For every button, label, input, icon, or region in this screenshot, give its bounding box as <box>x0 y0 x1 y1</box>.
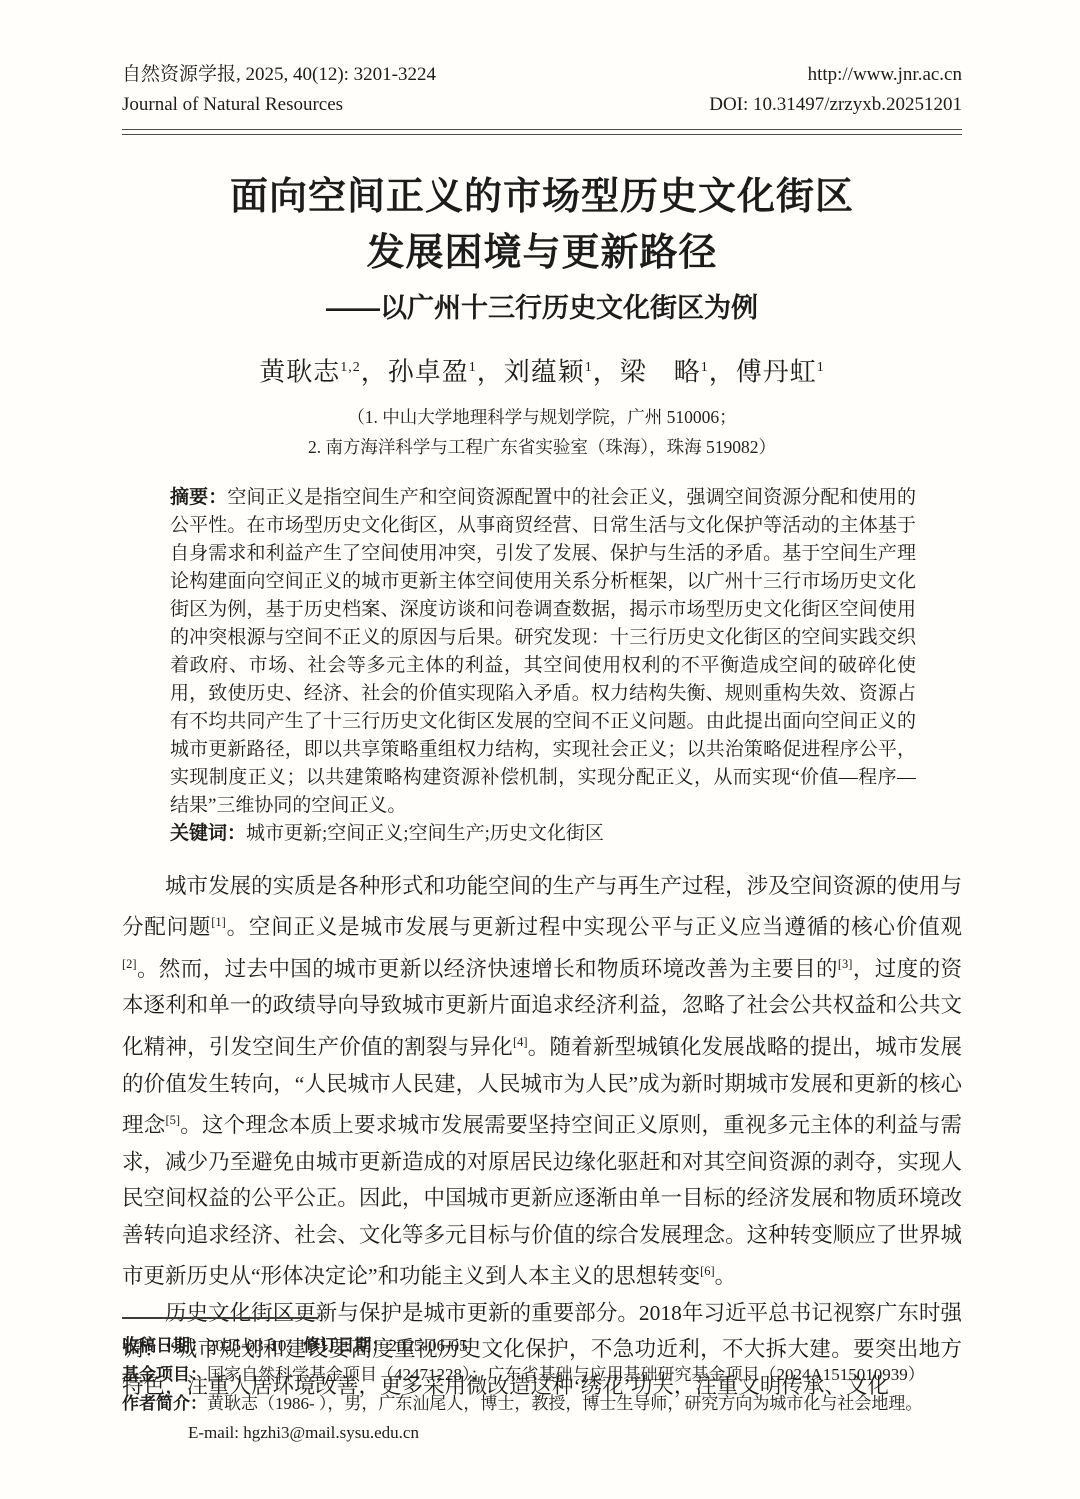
author-email: E-mail: hgzhi3@mail.sysu.edu.cn <box>188 1418 966 1447</box>
article-title-line-1: 面向空间正义的市场型历史文化街区 <box>122 169 962 225</box>
affiliations: （1. 中山大学地理科学与规划学院，广州 510006； 2. 南方海洋科学与工… <box>122 402 962 462</box>
received-date-label: 收稿日期： <box>122 1336 207 1355</box>
received-date-value: 2025-03-10； <box>207 1336 303 1355</box>
abstract-section: 摘要：空间正义是指空间生产和空间资源配置中的社会正义，强调空间资源分配和使用的公… <box>170 484 916 848</box>
keywords-line: 关键词：城市更新;空间正义;空间生产;历史文化街区 <box>170 820 916 848</box>
journal-name-en: Journal of Natural Resources <box>122 90 343 120</box>
header-divider <box>122 129 962 135</box>
author-list: 黄耿志1,2，孙卓盈1，刘蕴颖1，梁 略1，傅丹虹1 <box>122 351 962 390</box>
affiliation-2: 2. 南方海洋科学与工程广东省实验室（珠海），珠海 519082） <box>122 432 962 462</box>
funding-line: 基金项目：国家自然科学基金项目（42471228）；广东省基础与应用基础研究基金… <box>122 1360 966 1389</box>
journal-header: 自然资源学报, 2025, 40(12): 3201-3224 http://w… <box>122 60 962 135</box>
header-row-2: Journal of Natural Resources DOI: 10.314… <box>122 90 962 120</box>
keywords-label: 关键词： <box>170 823 246 844</box>
article-title-line-2: 发展困境与更新路径 <box>122 225 962 281</box>
article-title: 面向空间正义的市场型历史文化街区 发展困境与更新路径 <box>122 169 962 281</box>
funding-value: 国家自然科学基金项目（42471228）；广东省基础与应用基础研究基金项目（20… <box>207 1365 925 1384</box>
author-bio-value: 黄耿志（1986- ），男，广东汕尾人，博士，教授，博士生导师，研究方向为城市化… <box>207 1394 922 1413</box>
journal-doi: DOI: 10.31497/zrzyxb.20251201 <box>709 90 962 120</box>
abstract-text: 空间正义是指空间生产和空间资源配置中的社会正义，强调空间资源分配和使用的公平性。… <box>170 487 916 816</box>
journal-citation-cn: 自然资源学报, 2025, 40(12): 3201-3224 <box>122 60 436 90</box>
revised-date-value: 2025-06-05 <box>388 1336 467 1355</box>
author-bio-label: 作者简介： <box>122 1394 207 1413</box>
article-subtitle: ——以广州十三行历史文化街区为例 <box>122 291 962 325</box>
body-paragraph-1: 城市发展的实质是各种形式和功能空间的生产与再生产过程，涉及空间资源的使用与分配问… <box>122 868 962 1295</box>
author-bio-line: 作者简介：黄耿志（1986- ），男，广东汕尾人，博士，教授，博士生导师，研究方… <box>122 1389 966 1418</box>
funding-label: 基金项目： <box>122 1365 207 1384</box>
footnote-divider <box>122 1317 318 1319</box>
header-row-1: 自然资源学报, 2025, 40(12): 3201-3224 http://w… <box>122 60 962 90</box>
first-page-footnote: 收稿日期：2025-03-10；修订日期：2025-06-05 基金项目：国家自… <box>122 1317 966 1447</box>
journal-url: http://www.jnr.ac.cn <box>808 60 962 90</box>
revised-date-label: 修订日期： <box>303 1336 388 1355</box>
paper-page: 自然资源学报, 2025, 40(12): 3201-3224 http://w… <box>0 0 1080 1499</box>
dates-line: 收稿日期：2025-03-10；修订日期：2025-06-05 <box>122 1331 966 1360</box>
abstract-paragraph: 摘要：空间正义是指空间生产和空间资源配置中的社会正义，强调空间资源分配和使用的公… <box>170 484 916 820</box>
keywords-text: 城市更新;空间正义;空间生产;历史文化街区 <box>246 823 604 844</box>
abstract-label: 摘要： <box>170 487 227 508</box>
affiliation-1: （1. 中山大学地理科学与规划学院，广州 510006； <box>122 402 962 432</box>
